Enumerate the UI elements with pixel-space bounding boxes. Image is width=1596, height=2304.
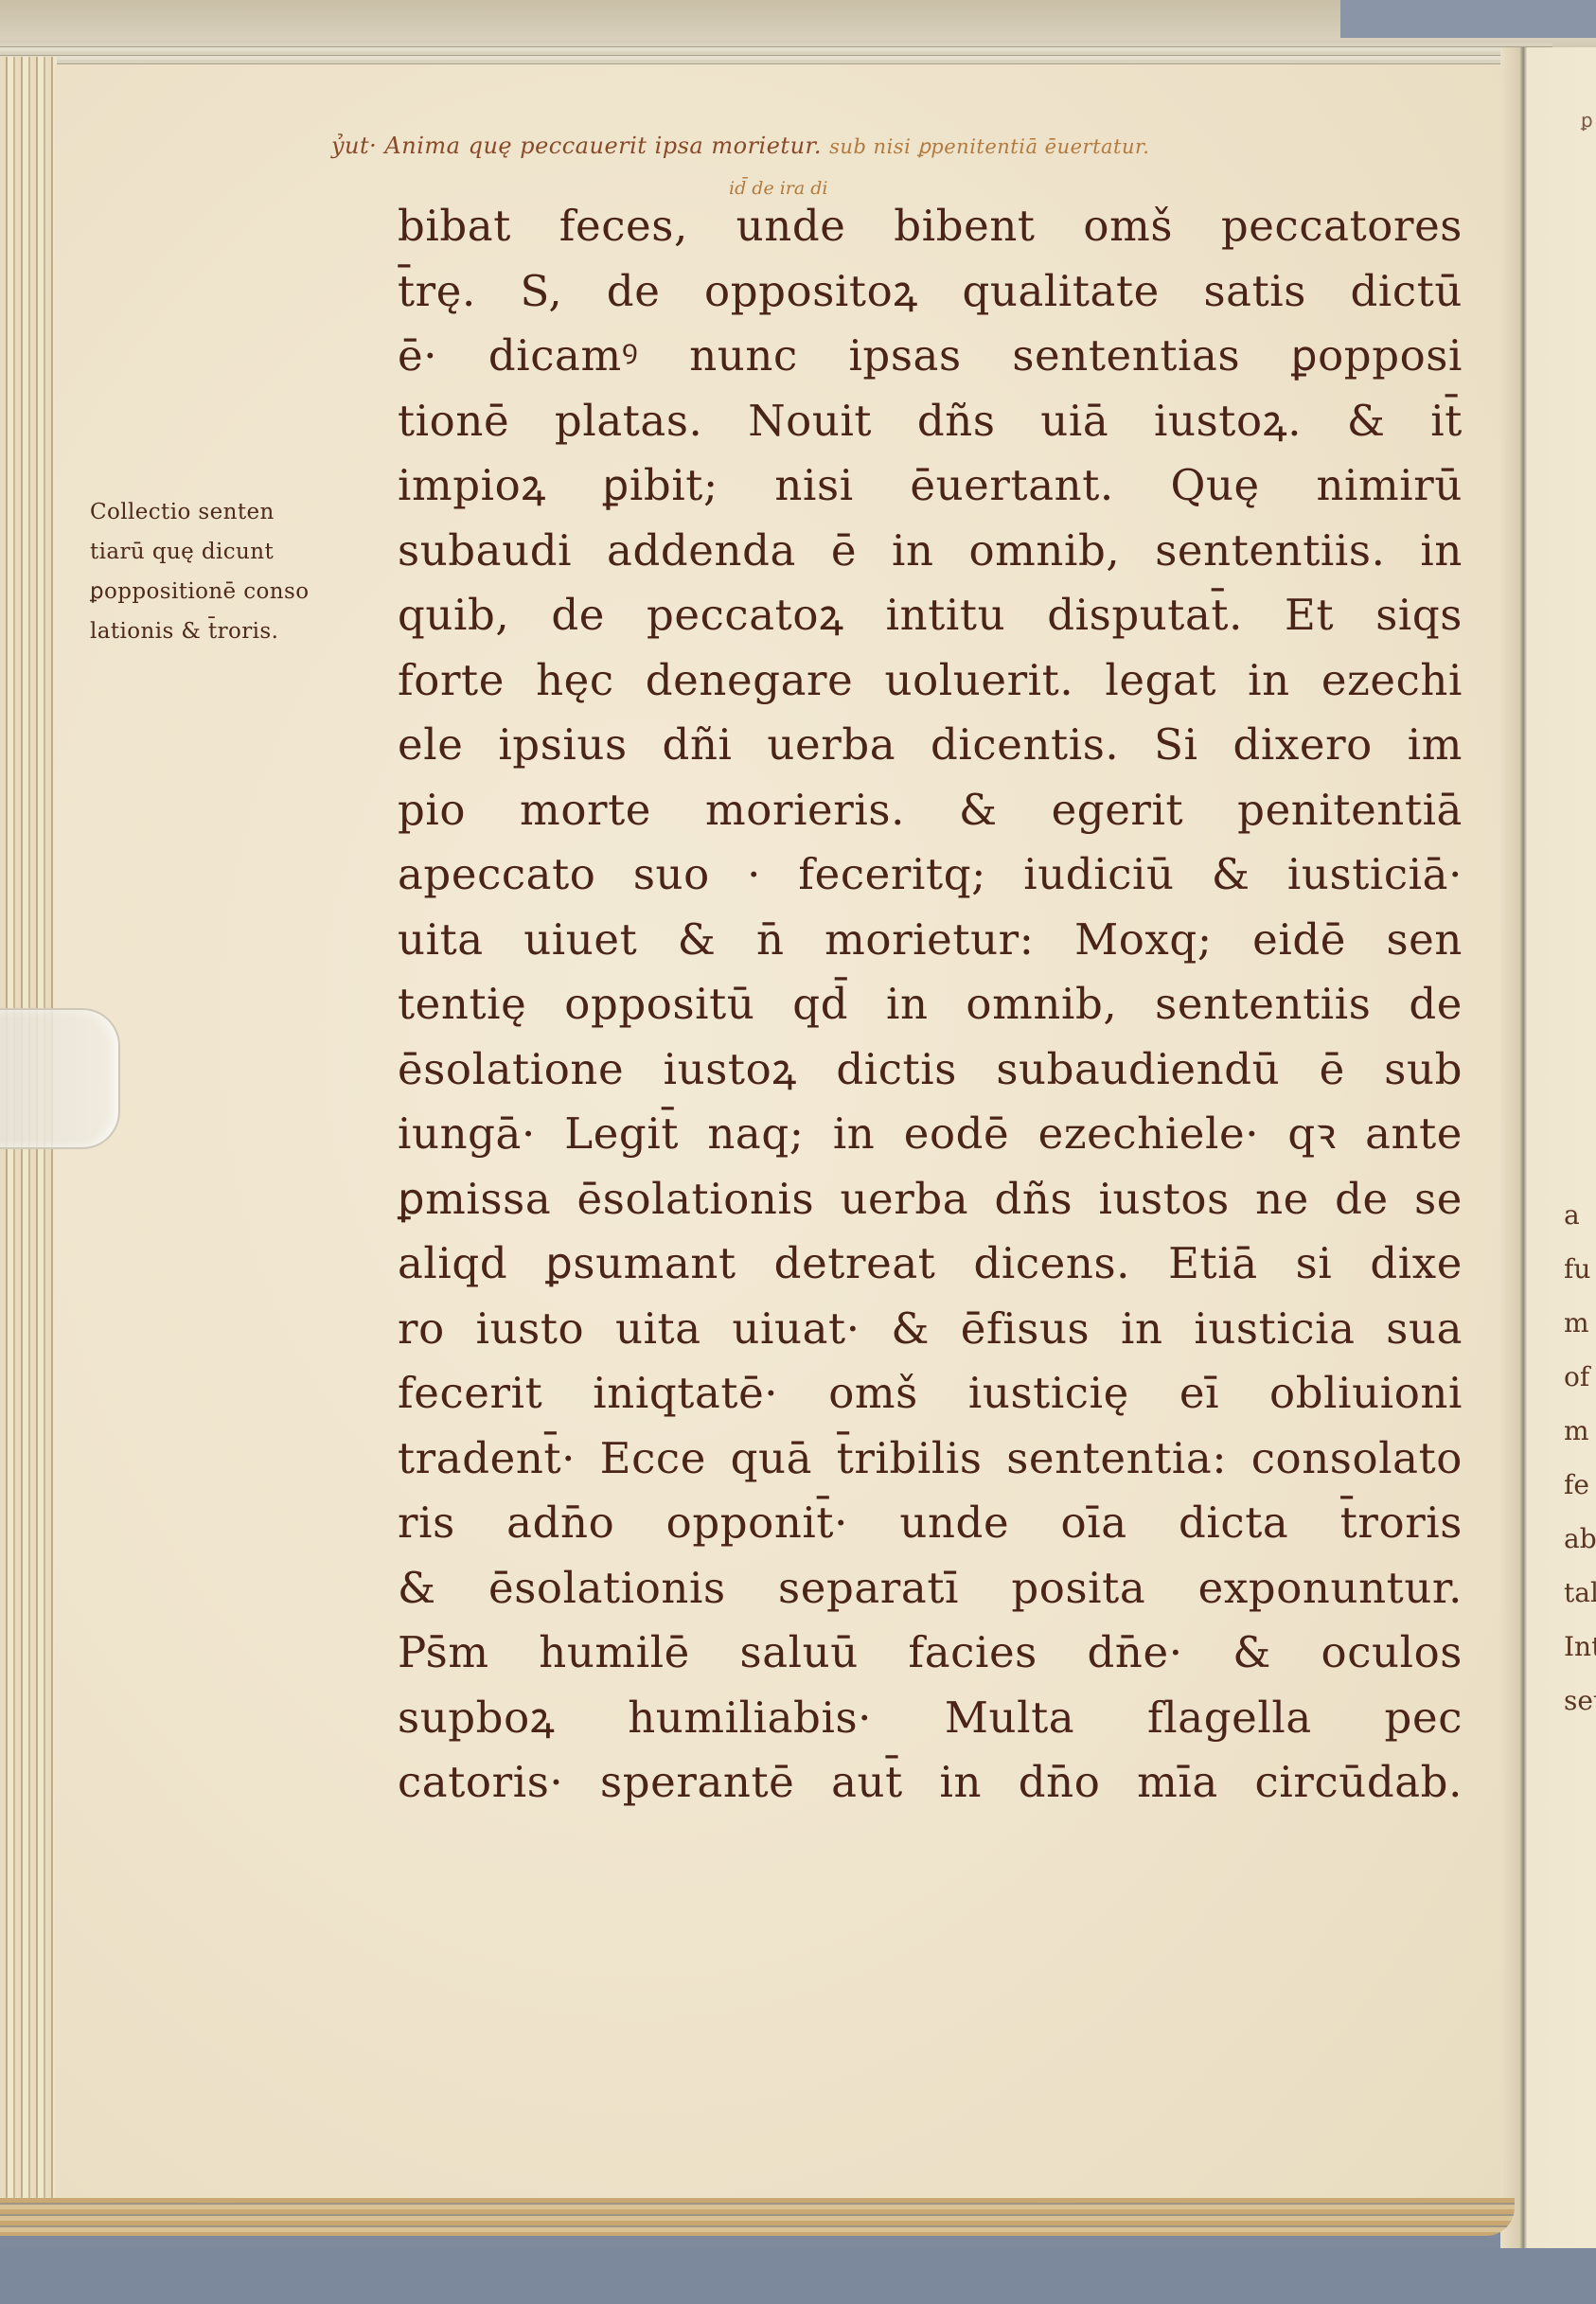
- next-page-fragment: Intim: [1564, 1620, 1596, 1674]
- text-line: tionē platas. Nouit dñs uiā iustoꝝ. & it…: [398, 389, 1463, 454]
- text-line: & ēsolationis separatī posita exponuntur…: [398, 1556, 1463, 1622]
- text-line: tentię oppositū qd̄ in omnib, sententiis…: [398, 972, 1463, 1037]
- margin-note-line: Collectio senten: [90, 492, 402, 532]
- text-line: bibat feces, unde bibent omš peccatores: [398, 194, 1463, 259]
- text-line: apeccato suo · feceritq; iudiciū & iusti…: [398, 842, 1463, 908]
- text-line: iungā· Legit̄ naq; in eodē ezechiele· qꝛ…: [398, 1102, 1463, 1167]
- text-line: forte hęc denegare uoluerit. legat in ez…: [398, 648, 1463, 714]
- text-line: supboꝝ humiliabis· Multa flagella pec: [398, 1686, 1463, 1751]
- text-line: ēsolatione iustoꝝ dictis subaudiendū ē s…: [398, 1037, 1463, 1103]
- top-marginal-gloss: ỷut· Anima quę peccauerit ipsa morietur.…: [331, 133, 1543, 159]
- margin-note-line: ꝑoppositionē conso: [90, 572, 402, 611]
- text-line: ro iusto uita uiuat· & ēfisus in iustici…: [398, 1297, 1463, 1362]
- next-page-fragment: m: [1564, 1296, 1596, 1350]
- text-line: t̄rę. S, de oppositoꝝ qualitate satis di…: [398, 259, 1463, 325]
- margin-note-line: lationis & t̄roris.: [90, 611, 402, 651]
- next-page-fragment: tal: [1564, 1566, 1596, 1620]
- main-text-column: bibat feces, unde bibent omš peccatores …: [398, 194, 1463, 1816]
- text-line: subaudi addenda ē in omnib, sententiis. …: [398, 519, 1463, 584]
- text-line: ele ipsius dñi uerba dicentis. Si dixero…: [398, 713, 1463, 778]
- next-page-fragment: ab: [1564, 1512, 1596, 1566]
- text-line: aliqd ꝑsumant detreat dicens. Etiā si di…: [398, 1232, 1463, 1297]
- background-cloth-bottom: [0, 2248, 1596, 2304]
- text-line: catoris· sperantē aut̄ in dn̄o mīa circū…: [398, 1750, 1463, 1816]
- gloss-addition: sub nisi ꝑpenitentiā ēuertatur.: [829, 135, 1149, 158]
- text-line: fecerit iniqtatē· omš iusticię eī obliui…: [398, 1361, 1463, 1427]
- text-line: pio morte morieris. & egerit penitentiā: [398, 778, 1463, 843]
- next-page-fragment: m: [1564, 1404, 1596, 1458]
- next-page-fragment: a: [1564, 1188, 1596, 1242]
- text-line: ris adn̄o opponit̄· unde oīa dicta t̄ror…: [398, 1491, 1463, 1556]
- next-page-fragment: fe: [1564, 1458, 1596, 1512]
- text-line: quib, de peccatoꝝ intitu disputat̄. Et s…: [398, 583, 1463, 648]
- next-page-fragment: seueri: [1564, 1674, 1596, 1728]
- background-cloth: [1340, 0, 1596, 38]
- text-line: tradent̄· Ecce quā t̄ribilis sententia: …: [398, 1427, 1463, 1492]
- text-line: ē· dicamꝰ nunc ipsas sententias ꝑopposi: [398, 324, 1463, 389]
- next-page-fragment: of: [1564, 1350, 1596, 1404]
- margin-note-line: tiarū quę dicunt: [90, 532, 402, 572]
- page-clip: [0, 1008, 120, 1149]
- next-page-fragment: fu: [1564, 1242, 1596, 1296]
- next-page-fragment-top: ꝑ: [1581, 109, 1593, 132]
- page-stack-bottom: [0, 2198, 1515, 2236]
- book-gutter: [1500, 47, 1596, 2253]
- left-margin-note: Collectio senten tiarū quę dicunt ꝑoppos…: [90, 492, 402, 651]
- text-line: impioꝝ ꝑibit; nisi ēuertant. Quę nimirū: [398, 453, 1463, 519]
- text-line: Ps̄m humilē saluū facies dn̄e· & oculos: [398, 1621, 1463, 1686]
- text-line: uita uiuet & n̄ morietur: Moxq; eidē sen: [398, 908, 1463, 973]
- text-line: ꝑmissa ēsolationis uerba dñs iustos ne d…: [398, 1167, 1463, 1232]
- next-page-fragments: a fu m of m fe ab tal Intim seueri: [1564, 1188, 1596, 1728]
- gloss-main: ỷut· Anima quę peccauerit ipsa morietur.: [331, 133, 822, 159]
